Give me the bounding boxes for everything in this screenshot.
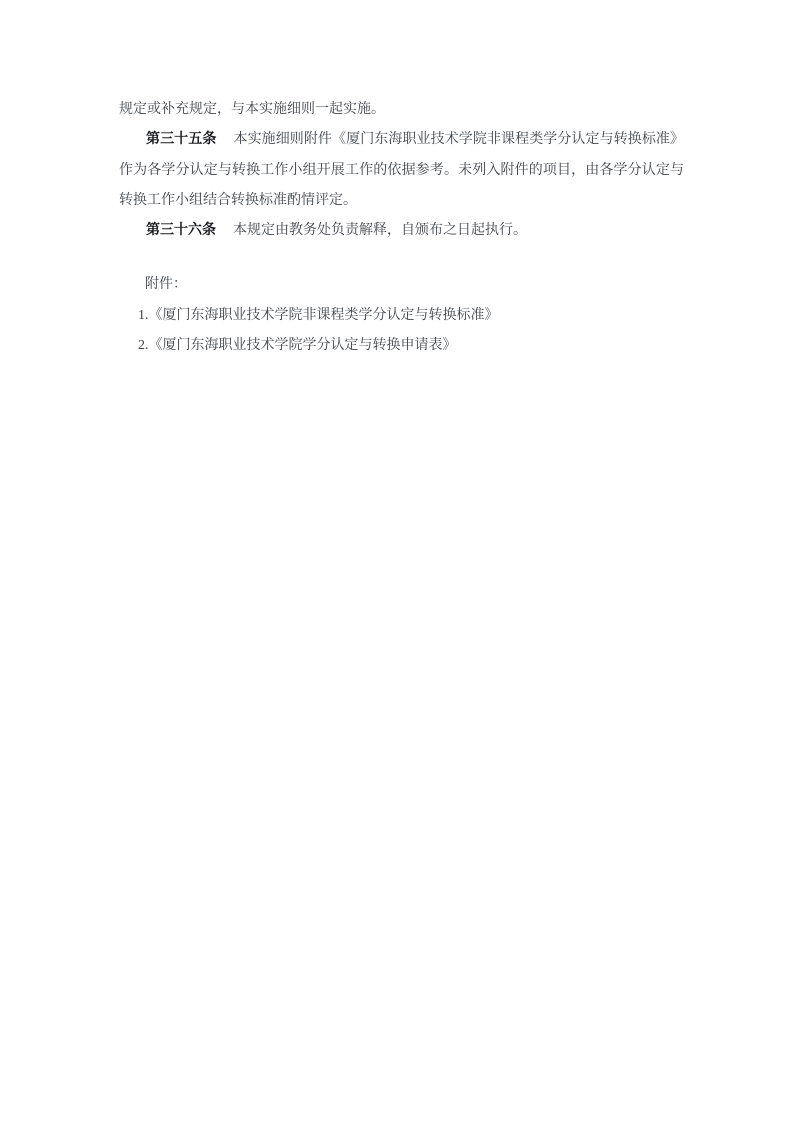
- paragraph-continuation: 规定或补充规定，与本实施细则一起实施。: [119, 95, 684, 125]
- document-page: 规定或补充规定，与本实施细则一起实施。 第三十五条本实施细则附件《厦门东海职业技…: [0, 0, 794, 1123]
- article-35-heading: 第三十五条: [146, 132, 216, 147]
- article-35-line-2: 作为各学分认定与转换工作小组开展工作的依据参考。未列入附件的项目，由各学分认定与: [119, 156, 684, 186]
- attachments-label: 附件：: [119, 270, 684, 300]
- article-36-heading: 第三十六条: [146, 223, 216, 238]
- attachment-item-1: 1.《厦门东海职业技术学院非课程类学分认定与转换标准》: [119, 301, 684, 331]
- article-35-paragraph: 第三十五条本实施细则附件《厦门东海职业技术学院非课程类学分认定与转换标准》 作为…: [119, 125, 684, 216]
- article-35-line-1: 第三十五条本实施细则附件《厦门东海职业技术学院非课程类学分认定与转换标准》: [119, 125, 684, 155]
- attachment-item-2: 2.《厦门东海职业技术学院学分认定与转换申请表》: [119, 331, 684, 361]
- article-35-line-1-text: 本实施细则附件《厦门东海职业技术学院非课程类学分认定与转换标准》: [233, 132, 684, 147]
- attachments-section: 附件： 1.《厦门东海职业技术学院非课程类学分认定与转换标准》 2.《厦门东海职…: [119, 270, 684, 361]
- article-36-paragraph: 第三十六条本规定由教务处负责解释，自颁布之日起执行。: [119, 216, 684, 246]
- document-body: 规定或补充规定，与本实施细则一起实施。 第三十五条本实施细则附件《厦门东海职业技…: [0, 0, 794, 361]
- article-36-line-1-text: 本规定由教务处负责解释，自颁布之日起执行。: [233, 223, 527, 238]
- article-35-line-3: 转换工作小组结合转换标准酌情评定。: [119, 186, 684, 216]
